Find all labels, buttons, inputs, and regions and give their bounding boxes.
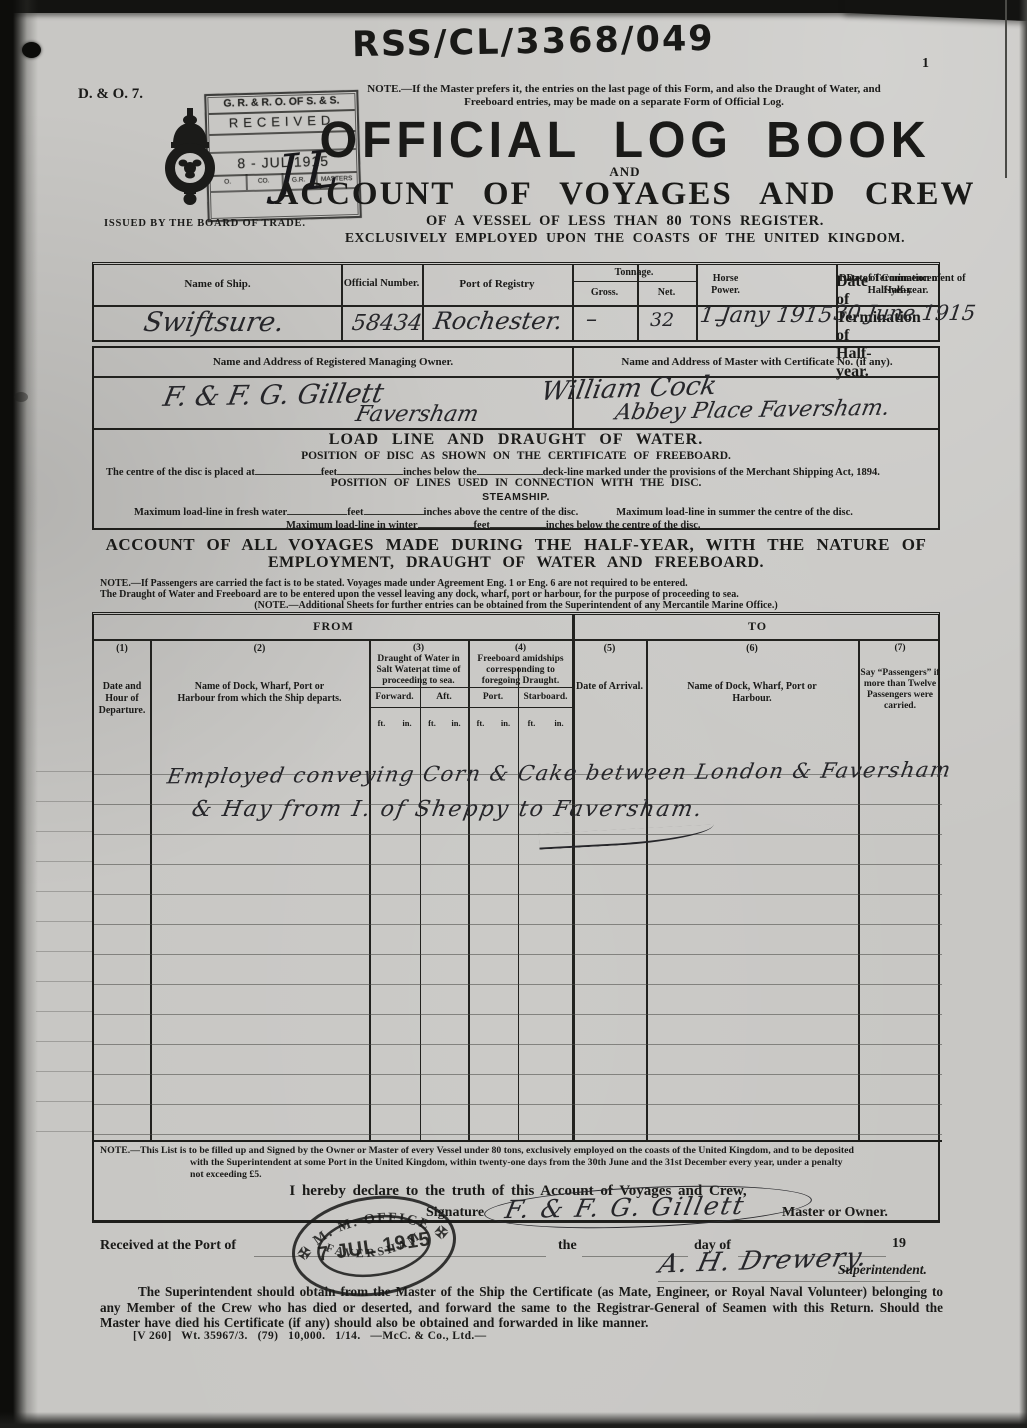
fresh-pre: Maximum load-line in fresh water [134, 507, 287, 518]
voyage-entry-line2: & Hay from I. of Sheppy to Faversham. [190, 797, 706, 822]
col5-label: Date of Arrival. [573, 681, 646, 693]
blank-field [477, 464, 543, 475]
blank-field [255, 464, 321, 475]
column-line [422, 265, 424, 340]
col2-number: (2) [150, 643, 369, 655]
received-at-label: Received at the Port of [100, 1238, 236, 1254]
fresh-water-line: Maximum load-line in fresh waterfeetinch… [134, 504, 934, 518]
value-official-number: 58434 [350, 311, 424, 336]
col7-label: Say “Passengers” if more than Twelve Pas… [858, 668, 942, 712]
scan-bottom-edge [0, 1412, 1027, 1428]
position-of-lines: POSITION OF LINES USED IN CONNECTION WIT… [94, 477, 938, 489]
board-of-trade-crest-icon [158, 108, 222, 211]
col1-number: (1) [94, 643, 150, 655]
superintendent-line [658, 1281, 920, 1282]
scan-left-edge [0, 0, 38, 1428]
account-heading-line1: ACCOUNT OF ALL VOYAGES MADE DURING THE H… [92, 535, 940, 555]
year-19-label: 19 [892, 1236, 906, 1252]
value-owner-place: Faversham [353, 402, 481, 427]
top-note-line1: NOTE.—If the Master prefers it, the entr… [318, 83, 930, 96]
top-note-line2: Freeboard entries, may be made on a sepa… [318, 96, 930, 109]
top-note: NOTE.—If the Master prefers it, the entr… [318, 83, 930, 109]
value-gross-tonnage: – [586, 307, 597, 332]
voyages-table-body: Employed conveying Corn & Cake between L… [94, 745, 942, 1140]
col3-header: (3) Draught of Water in Salt Water at ti… [369, 643, 468, 687]
account-note3: (NOTE.—Additional Sheets for further ent… [92, 600, 940, 611]
header-termination: Date of Termination of Half-year. [838, 273, 942, 297]
voyage-entry-line1: Employed conveying Corn & Cake between L… [165, 758, 953, 789]
col6-label: Name of Dock, Wharf, Port or Harbour. [646, 681, 858, 705]
ft-label: ft. [369, 718, 394, 728]
col2-header: (2) Name of Dock, Wharf, Port or Harbour… [150, 643, 369, 705]
centre-of-disc-line: The centre of the disc is placed atfeeti… [106, 464, 936, 478]
col5-header: (5) Date of Arrival. [573, 643, 646, 693]
col4-header: (4) Freeboard amidships corresponding to… [468, 643, 573, 687]
col4-number: (4) [468, 643, 573, 654]
in-label: in. [444, 718, 468, 728]
header-horse-power: Horse Power. [696, 273, 755, 297]
ship-details-table: Name of Ship. Official Number. Port of R… [92, 262, 940, 342]
blank-field [418, 517, 474, 528]
header-port-of-registry: Port of Registry [422, 278, 572, 290]
col1-header: (1) Date and Hour of Departure. [94, 643, 150, 717]
col6-header: (6) Name of Dock, Wharf, Port or Harbour… [646, 643, 858, 705]
account-note2: The Draught of Water and Freeboard are t… [100, 589, 940, 600]
steamship-label: STEAMSHIP. [94, 491, 938, 503]
aft-header: Aft. [420, 692, 468, 702]
handwriting-flourish [539, 824, 715, 849]
position-of-disc: POSITION OF DISC AS SHOWN ON THE CERTIFI… [94, 450, 938, 462]
archive-reference-handwriting: RSS/CL/3368/049 [352, 19, 715, 65]
starboard-header: Starboard. [518, 692, 573, 702]
master-or-owner-label: Master or Owner. [782, 1205, 888, 1221]
value-commencement-date: 1 Jany 1915 [698, 303, 834, 328]
col2-label: Name of Dock, Wharf, Port or Harbour fro… [150, 681, 369, 705]
col5-number: (5) [573, 643, 646, 655]
value-port-of-registry: Rochester. [432, 307, 565, 335]
value-termination-date: 30 June 1915 [832, 301, 977, 325]
port-header: Port. [468, 692, 518, 702]
vessel-line: OF A VESSEL OF LESS THAN 80 TONS REGISTE… [270, 213, 980, 230]
header-name-of-ship: Name of Ship. [94, 278, 341, 290]
col7-number: (7) [858, 643, 942, 654]
list-note-line1: NOTE.—This List is to be filled up and S… [100, 1145, 940, 1156]
header-net: Net. [637, 287, 696, 298]
load-line-section: LOAD LINE AND DRAUGHT OF WATER. POSITION… [92, 430, 940, 530]
feet-label: feet [474, 520, 490, 531]
blank-field [364, 504, 424, 515]
account-heading-line2: EMPLOYMENT, DRAUGHT OF WATER AND FREEBOA… [92, 554, 940, 572]
inches-below-disc: inches below the centre of the disc. [546, 520, 701, 531]
voyages-table: FROM TO (1) Date and Hour of Departure. … [92, 612, 940, 1223]
from-header: FROM [94, 619, 573, 634]
in-label: in. [493, 718, 518, 728]
underlying-page-edge [1005, 0, 1007, 178]
in-label: in. [394, 718, 420, 728]
owner-master-table: Name and Address of Registered Managing … [92, 346, 940, 430]
sub-rule [369, 687, 573, 688]
subtitle: ACCOUNT OF VOYAGES AND CREW [270, 176, 980, 213]
header-master: Name and Address of Master with Certific… [572, 356, 942, 368]
col7-header: (7) Say “Passengers” if more than Twelve… [858, 643, 942, 712]
margin-ruled-lines [36, 742, 92, 1137]
form-code: D. & O. 7. [78, 86, 143, 103]
the-label: the [558, 1238, 577, 1254]
value-net-tonnage: 32 [650, 309, 674, 331]
in-label: in. [545, 718, 573, 728]
col6-number: (6) [646, 643, 858, 655]
value-owner-name: F. & F. G. Gillett [161, 378, 387, 413]
scan-right-edge [1019, 0, 1027, 1428]
forward-header: Forward. [369, 692, 420, 702]
ft-label: ft. [468, 718, 493, 728]
page-number: 1 [922, 56, 929, 72]
value-master-place: Abbey Place Faversham. [613, 396, 892, 426]
sub-rule [369, 707, 573, 708]
account-note1: NOTE.—If Passengers are carried the fact… [100, 578, 940, 589]
load-line-title: LOAD LINE AND DRAUGHT OF WATER. [94, 431, 938, 449]
to-header: TO [573, 619, 942, 634]
binding-hole [22, 42, 41, 58]
blank-field [490, 517, 546, 528]
winter-line: Maximum load-line in winterfeetinches be… [286, 517, 946, 531]
blank-field [337, 464, 403, 475]
header-gross: Gross. [572, 287, 637, 298]
header-rule [94, 376, 938, 378]
list-note-line2: with the Superintendent at some Port in … [190, 1157, 940, 1168]
tonnage-rule [572, 281, 696, 282]
col3-label: Draught of Water in Salt Water at time o… [369, 654, 468, 687]
superintendent-instructions: The Superintendent should obtain from th… [100, 1284, 943, 1331]
superintendent-label: Superintendent. [838, 1262, 927, 1278]
scanned-log-book-page: RSS/CL/3368/049 1 D. & O. 7. NOTE.—If th… [0, 0, 1027, 1428]
ft-label: ft. [518, 718, 545, 728]
ft-label: ft. [420, 718, 444, 728]
list-note-line3: not exceeding £5. [190, 1169, 262, 1180]
blank-field [287, 504, 347, 515]
col3-number: (3) [369, 643, 468, 654]
from-to-rule [94, 639, 938, 641]
header-tonnage: Tonnage. [572, 267, 696, 278]
header-official-number: Official Number. [341, 278, 422, 289]
value-ship-name: Swiftsure. [141, 307, 286, 338]
paper-smudge [14, 392, 28, 402]
header-managing-owner: Name and Address of Registered Managing … [94, 356, 572, 368]
scan-top-right-corner [844, 0, 1027, 23]
employed-line: EXCLUSIVELY EMPLOYED UPON THE COASTS OF … [270, 230, 980, 246]
winter-pre: Maximum load-line in winter [286, 520, 418, 531]
column-line [341, 265, 343, 340]
printer-imprint: [V 260] Wt. 35967/3. (79) 10,000. 1/14. … [133, 1330, 487, 1342]
col1-label: Date and Hour of Departure. [94, 681, 150, 717]
main-title: OFFICIAL LOG BOOK [288, 110, 963, 169]
col4-label: Freeboard amidships corresponding to for… [468, 654, 573, 687]
